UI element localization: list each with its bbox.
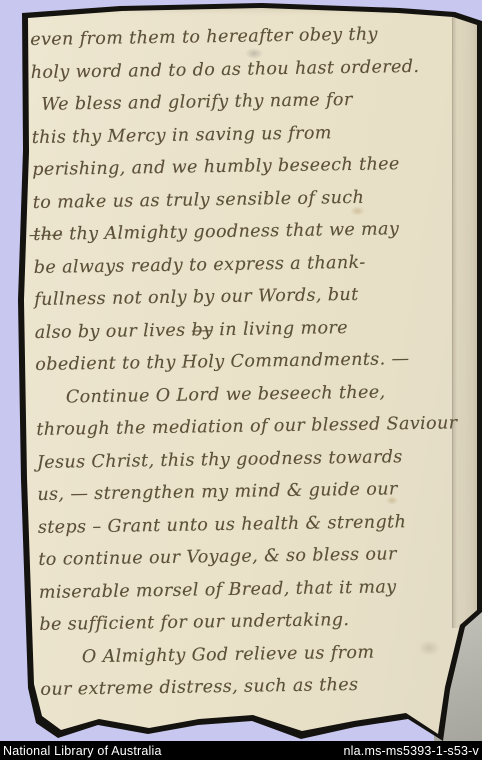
manuscript-line: our extreme distress, such as thes [40, 667, 482, 707]
manuscript-text: even from them to hereafter obey thy hol… [30, 17, 482, 706]
paper-torn-edge: even from them to hereafter obey thy hol… [0, 0, 482, 760]
footer-item-id: nla.ms-ms5393-1-s53-v [344, 744, 480, 758]
manuscript-page: even from them to hereafter obey thy hol… [0, 0, 482, 760]
footer-bar: National Library of Australia nla.ms-ms5… [0, 741, 482, 760]
footer-library-name: National Library of Australia [3, 744, 162, 758]
scan-background: even from them to hereafter obey thy hol… [0, 0, 482, 760]
